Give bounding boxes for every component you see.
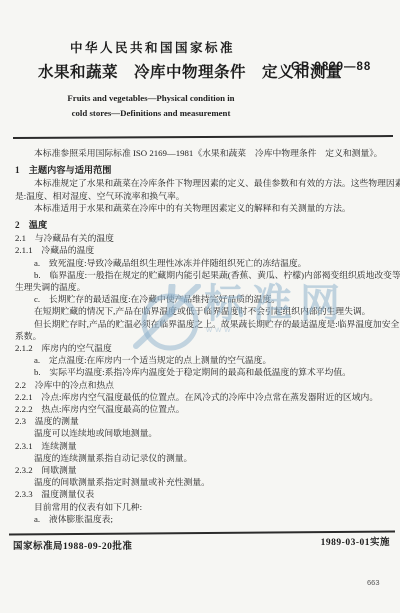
list-item: a. 液体膨胀温度表;	[15, 513, 393, 525]
subsection-heading: 2.3.1 连续测量	[15, 440, 393, 452]
list-item: b. 临界温度:一般指在规定的贮藏期内能引起果蔬(香蕉、黄瓜、柠檬)内部褐变组织…	[15, 269, 393, 281]
list-item: b. 实际平均温度:系指冷库内温度处于稳定期间的最高和最低温度的算术平均值。	[15, 366, 393, 378]
paragraph: 目前常用的仪表有如下几种:	[15, 501, 393, 513]
standard-document-page: 中华人民共和国国家标准 水果和蔬菜 冷库中物理条件 定义和测量 GB 9829—…	[0, 0, 400, 613]
paragraph: 本标准规定了水果和蔬菜在冷库条件下物理因素的定义、最佳参数和有效的方法。这些物理…	[15, 177, 393, 189]
section-heading: 2 温度	[15, 219, 393, 231]
paragraph: 在短期贮藏的情况下,产品在临界温度或低于临界温度时不会引起组织内部的生理失调。	[15, 305, 393, 317]
issuing-authority: 中华人民共和国国家标准	[70, 38, 235, 56]
subsection-heading: 2.2.2 热点:库房内空气温度最高的位置点。	[15, 403, 393, 415]
paragraph: 系数。	[15, 330, 393, 342]
paragraph: 生理失调的温度。	[15, 281, 393, 293]
list-item: a. 定点温度:在库房内一个适当规定的点上测量的空气温度。	[15, 354, 393, 366]
subsection-heading: 2.3.2 间歇测量	[15, 464, 393, 476]
approval-note: 国家标准局1988-09-20批准	[13, 538, 132, 552]
subsection-heading: 2.1 与冷藏品有关的温度	[15, 232, 393, 244]
header-divider	[13, 135, 393, 139]
standard-code: GB 9829—88	[291, 61, 371, 73]
subsection-heading: 2.3 温度的测量	[15, 415, 393, 427]
list-item: c. 长期贮存的最适温度:在冷藏中使产品维持完好品质的温度。	[15, 293, 393, 305]
document-body: 本标准参照采用国际标准 ISO 2169—1981《水果和蔬菜 冷库中物理条件 …	[15, 147, 393, 525]
page-number: 663	[367, 578, 380, 587]
subsection-heading: 2.2.1 冷点:库房内空气温度最低的位置点。在风冷式的冷库中冷点常在蒸发器附近…	[15, 391, 393, 403]
subsection-heading: 2.2 冷库中的冷点和热点	[15, 379, 393, 391]
paragraph: 但长期贮存时,产品的贮温必须在临界温度之上。故果蔬长期贮存的最适温度是:临界温度…	[15, 318, 393, 330]
english-title-line2: cold stores—Definitions and measurement	[40, 106, 262, 121]
paragraph: 本标准参照采用国际标准 ISO 2169—1981《水果和蔬菜 冷库中物理条件 …	[15, 147, 393, 159]
implementation-date: 1989-03-01实施	[321, 534, 390, 548]
paragraph: 本标准适用于水果和蔬菜在冷库中的有关物理因素定义的解释和有关测量的方法。	[15, 202, 393, 214]
subsection-heading: 2.3.3 温度测量仪表	[15, 488, 393, 500]
english-title-line1: Fruits and vegetables—Physical condition…	[40, 91, 262, 106]
paragraph: 温度的间歇测量系指定时测量或补充性测量。	[15, 476, 393, 488]
paragraph: 温度可以连续地或间歇地测量。	[15, 427, 393, 439]
list-item: a. 致死温度:导致冷藏品组织生理性冰冻并伴随组织死亡的冻结温度。	[15, 257, 393, 269]
subsection-heading: 2.1.1 冷藏品的温度	[15, 244, 393, 256]
paragraph: 温度的连续测量系指自动记录仪的测量。	[15, 452, 393, 464]
section-heading: 1 主题内容与适用范围	[15, 164, 393, 176]
english-title: Fruits and vegetables—Physical condition…	[40, 91, 262, 121]
subsection-heading: 2.1.2 库房内的空气温度	[15, 342, 393, 354]
paragraph: 是:温度、相对湿度、空气环流率和换气率。	[15, 190, 393, 202]
